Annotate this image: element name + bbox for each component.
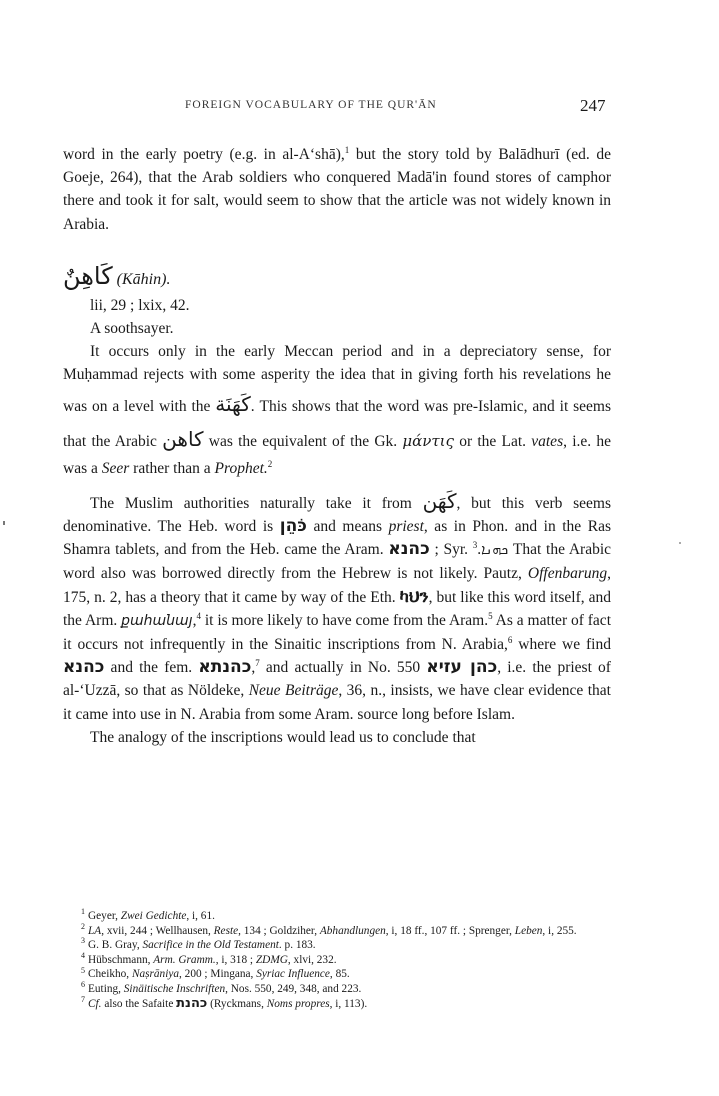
nabataean-kahinta: כהנתא	[198, 657, 251, 677]
footnote-text: , i, 61.	[186, 910, 215, 922]
neue-beitraege-title: Neue Beiträge	[249, 682, 339, 699]
footnote-number: 4	[81, 951, 85, 960]
aramaic-kahna: כהנא	[388, 539, 429, 559]
footnote-title: Sacrifice in the Old Testament	[143, 939, 279, 951]
hebrew-kohen: כֹּהֵן	[280, 516, 307, 536]
footnote-4: 4Hübschmann, Arm. Gramm., i, 318 ; ZDMG,…	[63, 953, 611, 968]
footnote-text: , i, 113).	[330, 998, 368, 1010]
footnote-title: Reste	[214, 925, 238, 937]
footnote-7: 7Cf. also the Safaite כהנת (Ryckmans, No…	[63, 997, 611, 1012]
footnote-number: 2	[81, 922, 85, 931]
paragraph-etymology: The Muslim authorities naturally take it…	[63, 490, 611, 726]
footnote-text: , i, 318 ;	[216, 954, 256, 966]
scan-speck	[679, 542, 681, 544]
footnote-title: Sinäitische Inschriften	[124, 983, 225, 995]
definition: A soothsayer.	[63, 317, 611, 340]
footnote-text: . p. 183.	[279, 939, 316, 951]
safaite-word: כהנת	[176, 996, 207, 1011]
footnote-3: 3G. B. Gray, Sacrifice in the Old Testam…	[63, 938, 611, 953]
footnote-text: , 134 ; Goldziher,	[238, 925, 320, 937]
footnote-number: 3	[81, 936, 85, 945]
page-number: 247	[580, 96, 606, 116]
footnote-text: , xvii, 244 ; Wellhausen,	[101, 925, 213, 937]
paragraph-text: rather than a	[129, 460, 214, 477]
headword-arabic: كَاهِنٌ	[63, 262, 113, 290]
paragraph-text: and actually in No. 550	[260, 659, 427, 676]
paragraph-usage: It occurs only in the early Meccan perio…	[63, 340, 611, 480]
footnote-title: Naṣrāniya	[132, 968, 179, 980]
footnote-title: Arm. Gramm.	[153, 954, 215, 966]
footnote-title: Zwei Gedichte	[121, 910, 187, 922]
footnote-text: , i, 255.	[542, 925, 576, 937]
prophet-term: Prophet.	[215, 460, 268, 477]
footnote-title: Leben	[515, 925, 543, 937]
footnotes: 1Geyer, Zwei Gedichte, i, 61. 2LA, xvii,…	[63, 909, 611, 1011]
main-text: word in the early poetry (e.g. in al-A‘s…	[63, 143, 611, 749]
footnote-text: (Ryckmans,	[207, 998, 266, 1010]
footnote-1: 1Geyer, Zwei Gedichte, i, 61.	[63, 909, 611, 924]
running-title: FOREIGN VOCABULARY OF THE QUR'ĀN	[185, 99, 437, 111]
footnote-text: also the Safaite	[102, 998, 177, 1010]
footnote-number: 5	[81, 966, 85, 975]
book-page: FOREIGN VOCABULARY OF THE QUR'ĀN 247 wor…	[0, 0, 719, 1096]
paragraph-text: word in the early poetry (e.g. in al-A‘s…	[63, 146, 345, 163]
footnote-title: Abhandlungen	[320, 925, 386, 937]
footnote-text: , i, 18 ff., 107 ff. ; Sprenger,	[386, 925, 515, 937]
footnote-text: Cheikho,	[88, 968, 132, 980]
paragraph-text: The Muslim authorities naturally take it…	[90, 495, 423, 512]
arabic-verb: كَهَن	[423, 489, 457, 513]
offenbarung-title: Offenbarung	[528, 565, 607, 582]
seer-term: Seer	[102, 460, 130, 477]
footnote-text: Geyer,	[88, 910, 121, 922]
scan-margin-mark	[3, 521, 5, 525]
paragraph-text: was the equivalent of the Gk.	[204, 433, 403, 450]
spacer	[63, 480, 611, 490]
footnote-ref-2[interactable]: 2	[268, 458, 273, 468]
arabic-kahin: كاهن	[162, 427, 203, 451]
footnote-number: 6	[81, 980, 85, 989]
paragraph-text: or the Lat.	[454, 433, 531, 450]
entry-headword: كَاهِنٌ (Kāhin).	[63, 258, 611, 294]
footnote-text: , xlvi, 232.	[288, 954, 337, 966]
paragraph-text: and means	[307, 518, 389, 535]
paragraph-text: it is more likely to have come from the …	[201, 612, 488, 629]
arabic-kahana: كَهَنَة	[215, 392, 251, 416]
syriac-kahna: ܟܗܢܐ	[481, 542, 508, 558]
footnote-number: 1	[81, 907, 85, 916]
footnote-title: LA	[88, 925, 101, 937]
footnote-2: 2LA, xvii, 244 ; Wellhausen, Reste, 134 …	[63, 924, 611, 939]
paragraph-text: where we find	[512, 636, 611, 653]
quran-references: lii, 29 ; lxix, 42.	[63, 294, 611, 317]
footnote-title: Noms propres	[267, 998, 330, 1010]
footnote-title: Syriac Influence	[256, 968, 330, 980]
paragraph-text: and the fem.	[104, 659, 198, 676]
latin-vates: vates	[531, 433, 563, 450]
footnote-text: , Nos. 550, 249, 348, and 223.	[225, 983, 361, 995]
footnote-title: ZDMG	[256, 954, 288, 966]
headword-transliteration: (Kāhin).	[117, 271, 171, 288]
priest-term: priest	[389, 518, 424, 535]
paragraph-conclusion: The analogy of the inscriptions would le…	[63, 726, 611, 749]
footnote-text: , 200 ; Mingana,	[179, 968, 256, 980]
footnote-title: Cf.	[88, 998, 102, 1010]
armenian-kahanay: քահանայ	[121, 613, 192, 629]
footnote-text: Hübschmann,	[88, 954, 153, 966]
ethiopic-kahen: ካህን	[400, 587, 429, 607]
footnote-6: 6Euting, Sinäitische Inschriften, Nos. 5…	[63, 982, 611, 997]
footnote-text: Euting,	[88, 983, 124, 995]
paragraph-text: ; Syr.	[430, 541, 473, 558]
running-head: FOREIGN VOCABULARY OF THE QUR'ĀN 247	[0, 99, 719, 119]
nabataean-priest-of-uzza: כהן עזיא	[426, 657, 497, 677]
nabataean-kahna: כהנא	[63, 657, 104, 677]
footnote-number: 7	[81, 995, 85, 1004]
footnote-text: , 85.	[330, 968, 350, 980]
carryover-paragraph: word in the early poetry (e.g. in al-A‘s…	[63, 143, 611, 236]
footnote-text: G. B. Gray,	[88, 939, 143, 951]
footnote-5: 5Cheikho, Naṣrāniya, 200 ; Mingana, Syri…	[63, 967, 611, 982]
greek-mantis: μάντις	[402, 432, 454, 450]
